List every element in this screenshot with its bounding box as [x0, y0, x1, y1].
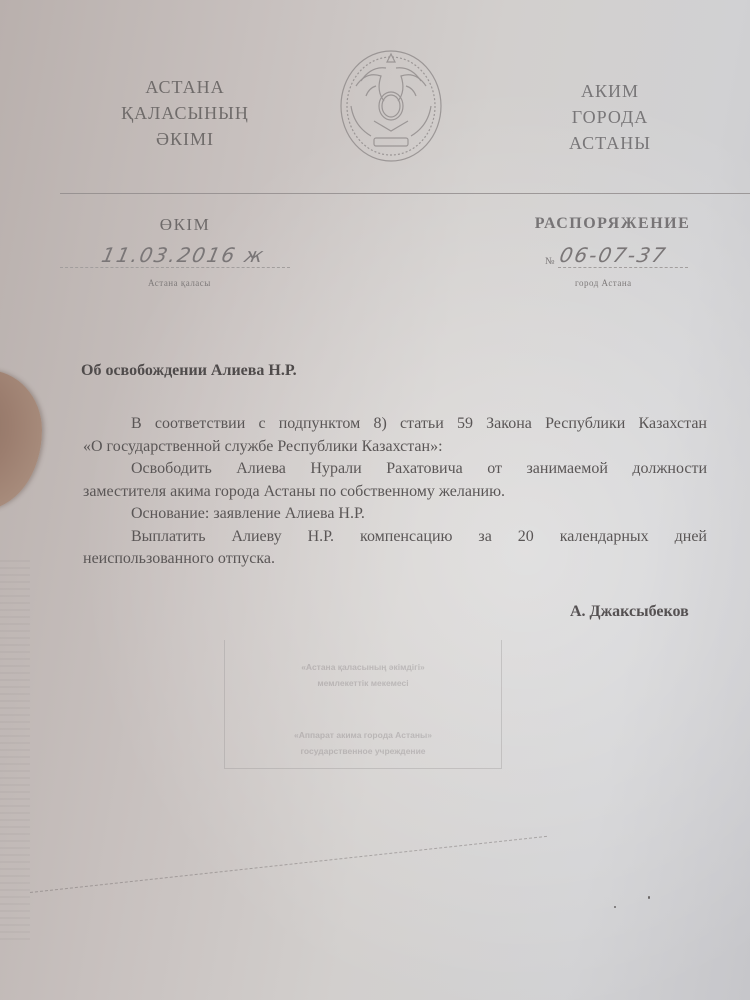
place-kazakh: Астана қаласы [148, 278, 211, 288]
stamp-line-4: государственное учреждение [225, 746, 501, 756]
handwritten-number: 06-07-37 [557, 243, 669, 267]
document-subject: Об освобождении Алиева Н.Р. [81, 362, 297, 380]
body-paragraph-3: Основание: заявление Алиева Н.Р. [83, 503, 707, 526]
bleed-through-text [0, 560, 30, 940]
letterhead-left-line-1: АСТАНА [95, 74, 275, 100]
body-paragraph-2-line-2: заместителя акима города Астаны по собст… [83, 481, 707, 504]
place-russian: город Астана [575, 278, 632, 288]
stamp-line-2: мемлекеттік мекемесі [225, 678, 501, 688]
letterhead-left-line-3: ӘКІМІ [95, 126, 275, 152]
letterhead-right-line-2: ГОРОДА [540, 104, 680, 130]
letterhead-kazakh: АСТАНА ҚАЛАСЫНЫҢ ӘКІМІ [95, 74, 275, 152]
paper-speck [648, 896, 650, 899]
header-divider [60, 193, 750, 194]
doc-type-kazakh: ӨКІМ [140, 215, 230, 235]
doc-type-russian: РАСПОРЯЖЕНИЕ [520, 215, 705, 233]
date-line [60, 267, 290, 268]
letterhead-right-line-1: АКИМ [540, 78, 680, 104]
body-paragraph-1-line-1: В соответствии с подпунктом 8) статьи 59… [83, 413, 707, 436]
body-paragraph-4-line-1: Выплатить Алиеву Н.Р. компенсацию за 20 … [83, 526, 707, 549]
state-emblem-icon [336, 46, 446, 164]
number-prefix: № [545, 256, 555, 267]
paper-speck [614, 906, 616, 908]
body-paragraph-1-line-2: «О государственной службе Республики Каз… [83, 436, 707, 459]
number-line [558, 267, 688, 268]
letterhead-russian: АКИМ ГОРОДА АСТАНЫ [540, 78, 680, 156]
letterhead-left-line-2: ҚАЛАСЫНЫҢ [95, 100, 275, 126]
handwritten-date: 11.03.2016 ж [99, 243, 267, 267]
body-paragraph-4-line-2: неиспользованного отпуска. [83, 548, 707, 571]
stamp-line-1: «Астана қаласының әкімдігі» [225, 662, 501, 672]
letterhead-right-line-3: АСТАНЫ [540, 130, 680, 156]
faded-stamp: «Астана қаласының әкімдігі» мемлекеттік … [224, 640, 502, 769]
document-body: В соответствии с подпунктом 8) статьи 59… [83, 413, 707, 571]
stamp-line-3: «Аппарат акима города Астаны» [225, 730, 501, 740]
signature-name: А. Джаксыбеков [570, 603, 689, 621]
body-paragraph-2-line-1: Освободить Алиева Нурали Рахатовича от з… [83, 458, 707, 481]
